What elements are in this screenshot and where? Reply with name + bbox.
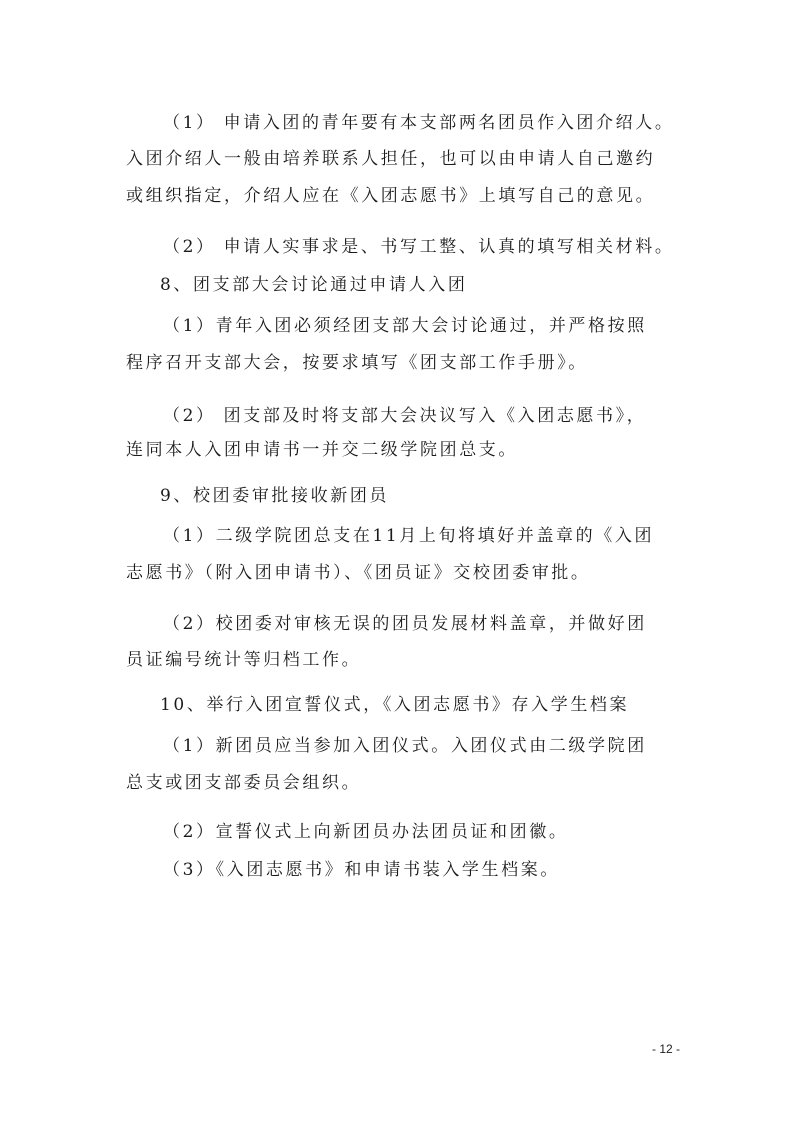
text-line: （1） 申请入团的青年要有本支部两名团员作入团介绍人。 [163, 108, 674, 133]
text-line: 入团介绍人一般由培养联系人担任，也可以由申请人自己邀约 [126, 144, 655, 169]
page-number: - 12 - [652, 1042, 680, 1056]
text-line: 或组织指定，介绍人应在《入团志愿书》上填写自己的意见。 [126, 181, 655, 206]
text-line: 连同本人入团申请书一并交二级学院团总支。 [126, 435, 518, 460]
text-line: （3）《入团志愿书》和申请书装入学生档案。 [163, 855, 560, 880]
text-line: （1）青年入团必须经团支部大会讨论通过，并严格按照 [163, 311, 647, 336]
text-line: 10、举行入团宣誓仪式，《入团志愿书》存入学生档案 [160, 690, 629, 715]
text-line: 总支或团支部委员会组织。 [126, 768, 361, 793]
text-line: （1）新团员应当参加入团仪式。入团仪式由二级学院团 [163, 731, 647, 756]
text-line: 9、校团委审批接收新团员 [160, 481, 389, 506]
text-line: （2）校团委对审核无误的团员发展材料盖章，并做好团 [163, 609, 647, 634]
text-line: （2） 申请人实事求是、书写工整、认真的填写相关材料。 [163, 232, 674, 257]
text-line: 员证编号统计等归档工作。 [126, 645, 361, 670]
text-line: （1）二级学院团总支在11月上旬将填好并盖章的《入团 [163, 521, 654, 546]
text-line: 8、团支部大会讨论通过申请人入团 [160, 270, 467, 295]
text-line: 志愿书》（附入团申请书）、《团员证》交校团委审批。 [126, 558, 591, 583]
text-line: 程序召开支部大会，按要求填写《团支部工作手册》。 [126, 348, 588, 373]
text-line: （2） 团支部及时将支部大会决议写入《入团志愿书》， [163, 401, 646, 426]
text-line: （2）宣誓仪式上向新团员办法团员证和团徽。 [163, 817, 568, 842]
